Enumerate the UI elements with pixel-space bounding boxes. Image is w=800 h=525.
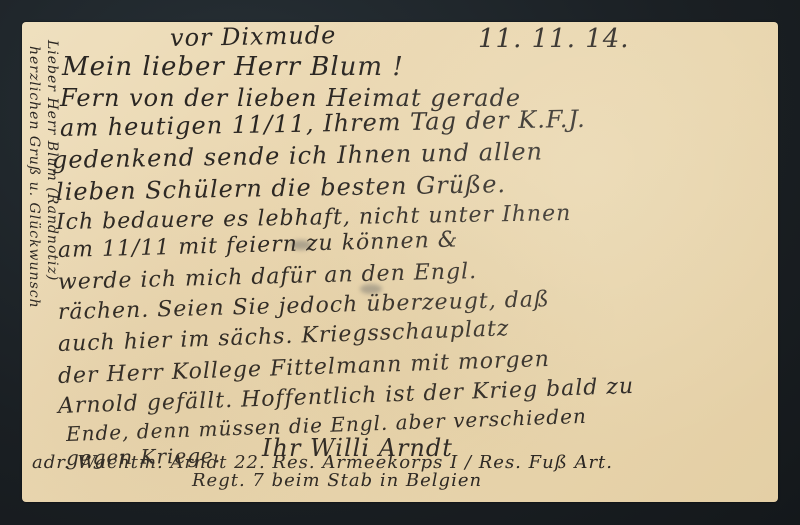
header-date: 11. 11. 14. [478, 24, 630, 54]
salutation: Mein lieber Herr Blum ! [62, 52, 404, 82]
margin-note: herzlichen Gruß u. Glückwunsch [26, 46, 42, 406]
header-place: vor Dixmude [170, 22, 337, 52]
margin-note: Lieber Herr Blum (Randnotiz) [44, 40, 60, 400]
body-line: gedenkend sende ich Ihnen und allen [52, 137, 543, 174]
address-line: Regt. 7 beim Stab in Belgien [192, 470, 482, 491]
postcard: vor Dixmude 11. 11. 14. Mein lieber Herr… [22, 22, 778, 502]
body-line: werde ich mich dafür an den Engl. [58, 259, 478, 295]
body-line: Ich bedauere es lebhaft, nicht unter Ihn… [56, 201, 572, 235]
body-line: lieben Schülern die besten Grüße. [56, 170, 507, 206]
